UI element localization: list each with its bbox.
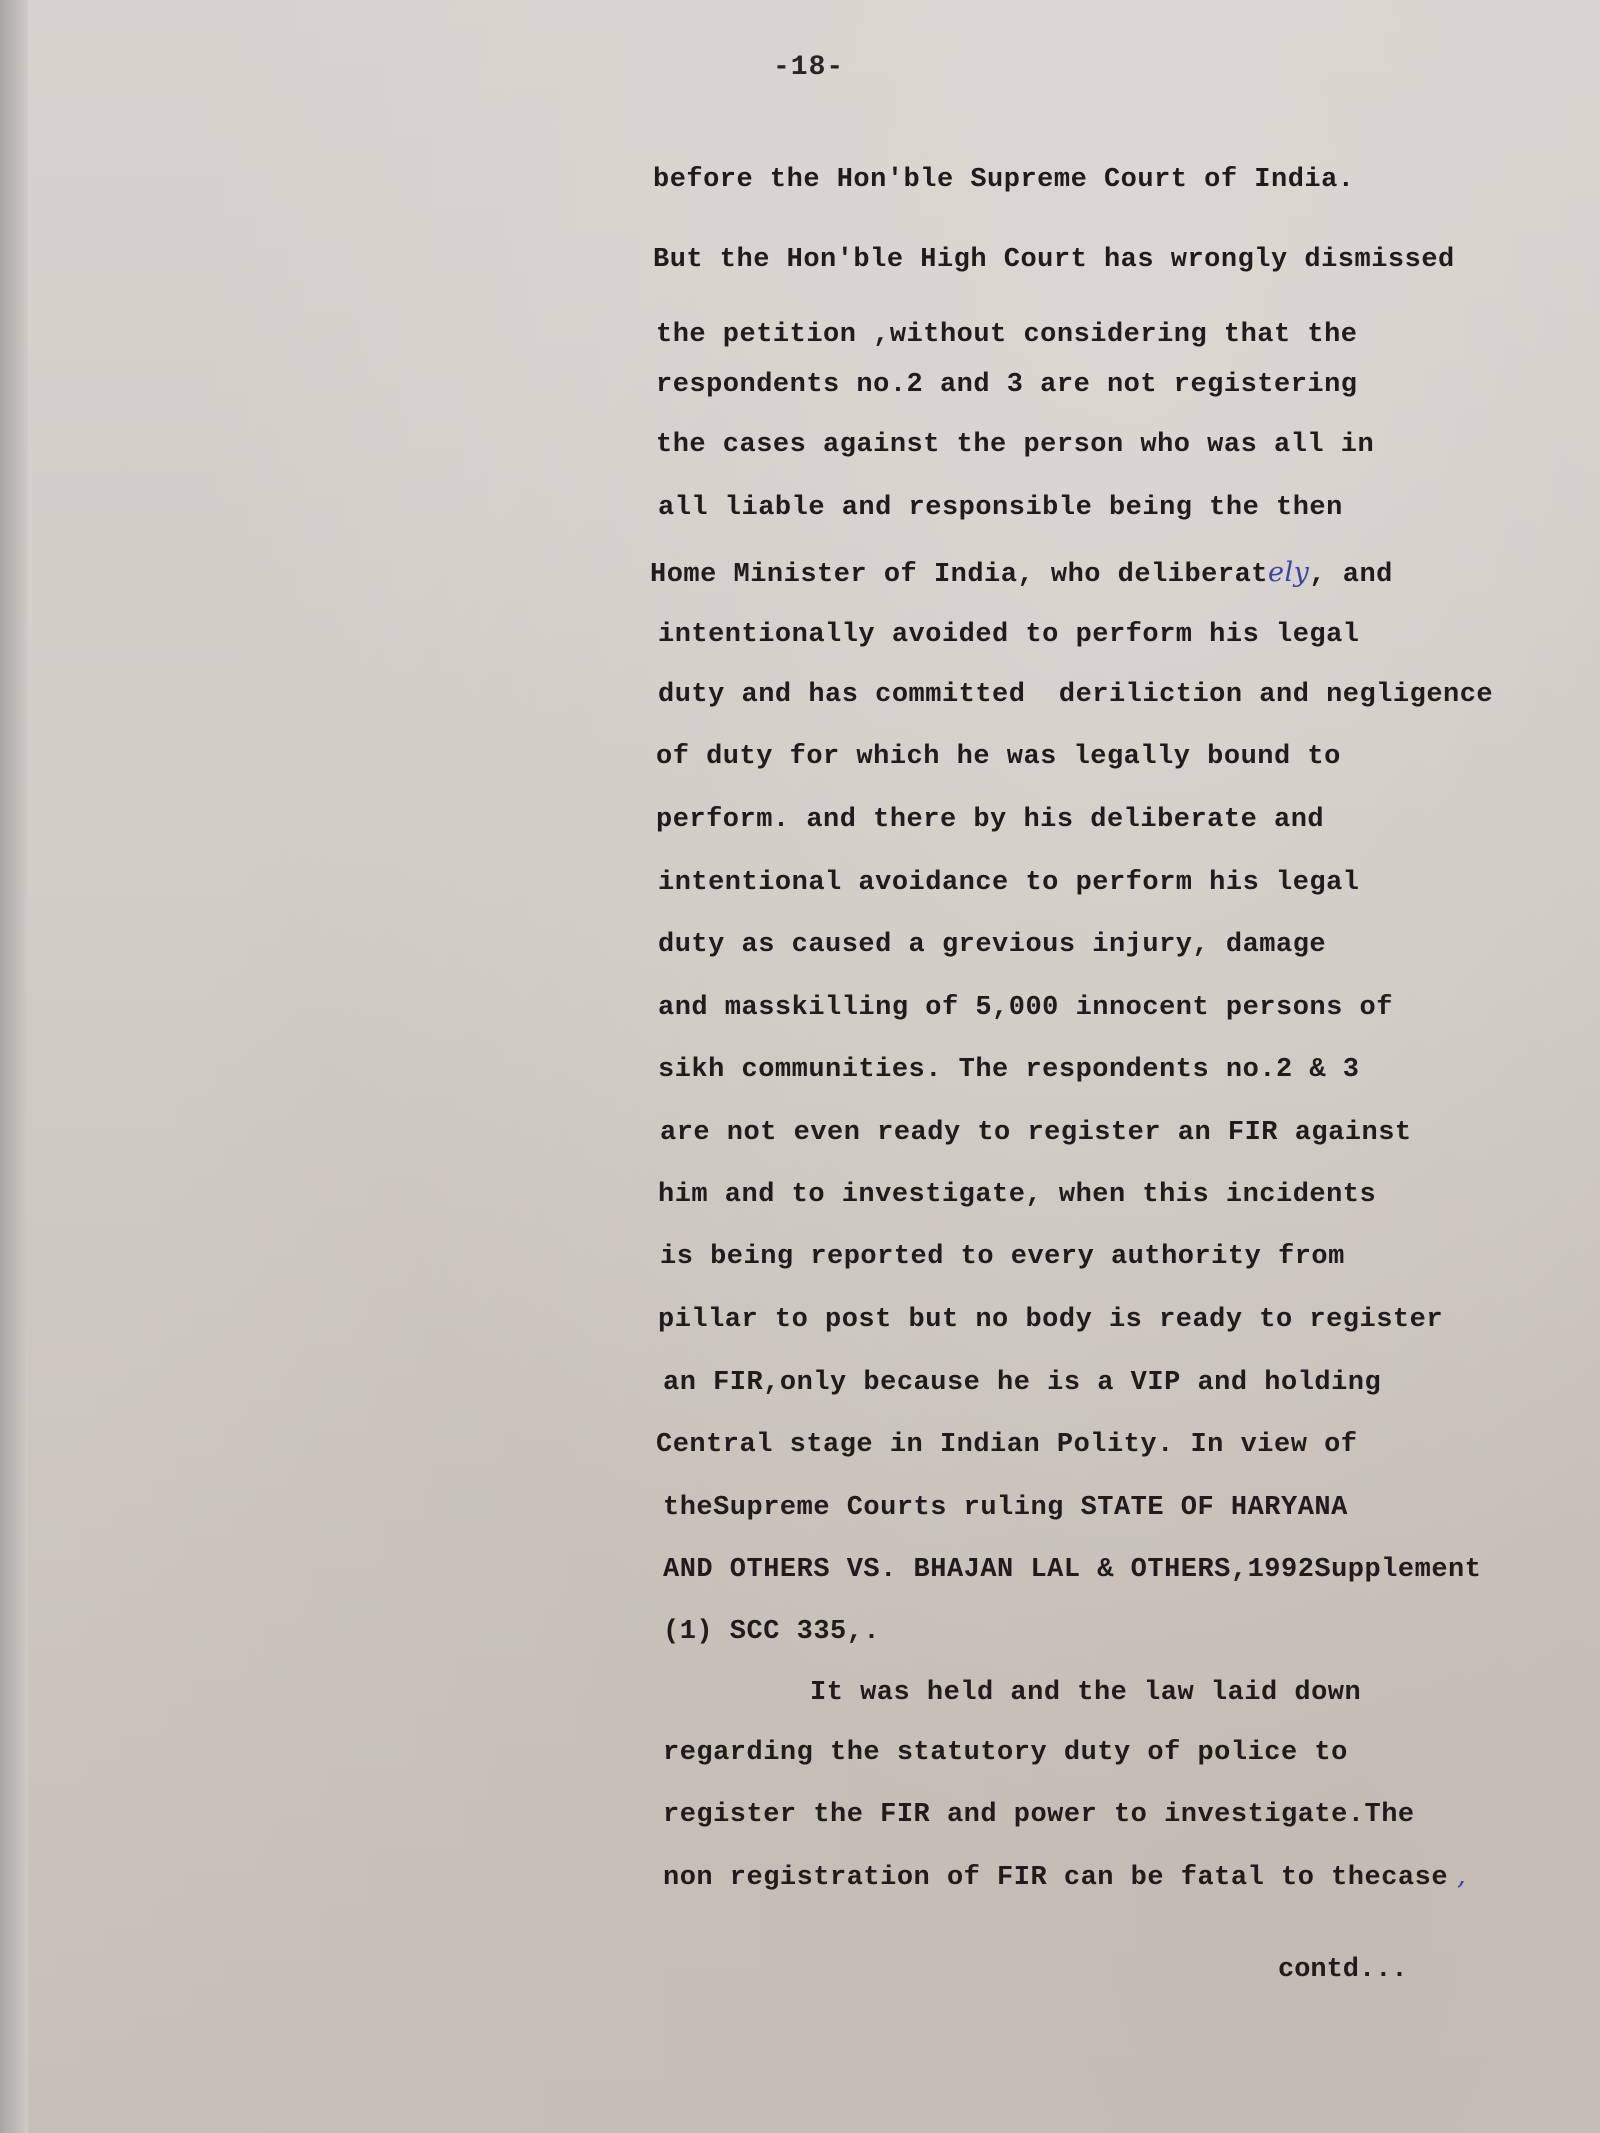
handwritten-correction: ely — [1268, 557, 1309, 588]
text-line: sikh communities. The respondents no.2 &… — [658, 1055, 1360, 1085]
document-page: -18- before the Hon'ble Supreme Court of… — [28, 0, 1600, 2133]
line-text: pillar to post but no body is ready to r… — [658, 1305, 1443, 1335]
text-line: But the Hon'ble High Court has wrongly d… — [653, 245, 1455, 275]
text-line: regarding the statutory duty of police t… — [663, 1738, 1348, 1768]
line-text: respondents no.2 and 3 are not registeri… — [656, 370, 1358, 400]
text-line: perform. and there by his deliberate and — [656, 805, 1324, 835]
text-line: register the FIR and power to investigat… — [663, 1800, 1415, 1830]
text-line: Home Minister of India, who deliberately… — [650, 557, 1393, 590]
text-line: non registration of FIR can be fatal to … — [663, 1860, 1466, 1893]
line-text: perform. and there by his deliberate and — [656, 805, 1324, 835]
line-text: him and to investigate, when this incide… — [658, 1180, 1376, 1210]
line-text: theSupreme Courts ruling STATE OF HARYAN… — [663, 1493, 1348, 1523]
line-text: the cases against the person who was all… — [656, 430, 1374, 460]
text-line: respondents no.2 and 3 are not registeri… — [656, 370, 1358, 400]
line-text: But the Hon'ble High Court has wrongly d… — [653, 245, 1455, 275]
line-text-suffix: , and — [1309, 560, 1393, 590]
line-text: duty and has committed deriliction and n… — [658, 680, 1493, 710]
text-line: all liable and responsible being the the… — [658, 493, 1343, 523]
line-text: of duty for which he was legally bound t… — [656, 742, 1341, 772]
text-line: before the Hon'ble Supreme Court of Indi… — [653, 165, 1355, 195]
line-text: non registration of FIR can be fatal to … — [663, 1863, 1448, 1893]
line-text: register the FIR and power to investigat… — [663, 1800, 1415, 1830]
line-text: before the Hon'ble Supreme Court of Indi… — [653, 165, 1355, 195]
text-line: duty as caused a grevious injury, damage — [658, 930, 1326, 960]
text-line: an FIR,only because he is a VIP and hold… — [663, 1368, 1381, 1398]
line-text: Central stage in Indian Polity. In view … — [656, 1430, 1358, 1460]
line-text: Home Minister of India, who deliberat — [650, 560, 1268, 590]
line-text: (1) SCC 335,. — [663, 1617, 880, 1647]
line-text: the petition ,without considering that t… — [656, 320, 1358, 350]
line-text: all liable and responsible being the the… — [658, 493, 1343, 523]
text-line: the cases against the person who was all… — [656, 430, 1374, 460]
page-edge-shadow — [0, 0, 30, 2133]
line-text: duty as caused a grevious injury, damage — [658, 930, 1326, 960]
text-line: intentionally avoided to perform his leg… — [658, 620, 1360, 650]
text-line: and masskilling of 5,000 innocent person… — [658, 993, 1393, 1023]
citation-line: theSupreme Courts ruling STATE OF HARYAN… — [663, 1493, 1348, 1523]
text-line: is being reported to every authority fro… — [660, 1242, 1345, 1272]
text-line: duty and has committed deriliction and n… — [658, 680, 1493, 710]
line-text: It was held and the law laid down — [810, 1678, 1361, 1708]
line-text: sikh communities. The respondents no.2 &… — [658, 1055, 1360, 1085]
citation-line: AND OTHERS VS. BHAJAN LAL & OTHERS,1992S… — [663, 1555, 1481, 1585]
page-number: -18- — [773, 52, 844, 83]
text-line: Central stage in Indian Polity. In view … — [656, 1430, 1358, 1460]
line-text: is being reported to every authority fro… — [660, 1242, 1345, 1272]
text-line: pillar to post but no body is ready to r… — [658, 1305, 1443, 1335]
text-line: the petition ,without considering that t… — [656, 320, 1358, 350]
text-line: of duty for which he was legally bound t… — [656, 742, 1341, 772]
line-text: regarding the statutory duty of police t… — [663, 1738, 1348, 1768]
handwritten-mark: , — [1448, 1860, 1466, 1891]
text-line: him and to investigate, when this incide… — [658, 1180, 1376, 1210]
line-text: are not even ready to register an FIR ag… — [660, 1118, 1412, 1148]
continuation-marker: contd... — [1278, 1955, 1408, 1985]
line-text: intentionally avoided to perform his leg… — [658, 620, 1360, 650]
line-text: intentional avoidance to perform his leg… — [658, 868, 1360, 898]
text-line: intentional avoidance to perform his leg… — [658, 868, 1360, 898]
text-line: are not even ready to register an FIR ag… — [660, 1118, 1412, 1148]
line-text: an FIR,only because he is a VIP and hold… — [663, 1368, 1381, 1398]
paragraph-start-line: It was held and the law laid down — [810, 1678, 1361, 1708]
line-text: and masskilling of 5,000 innocent person… — [658, 993, 1393, 1023]
line-text: AND OTHERS VS. BHAJAN LAL & OTHERS,1992S… — [663, 1555, 1481, 1585]
citation-line: (1) SCC 335,. — [663, 1617, 880, 1647]
